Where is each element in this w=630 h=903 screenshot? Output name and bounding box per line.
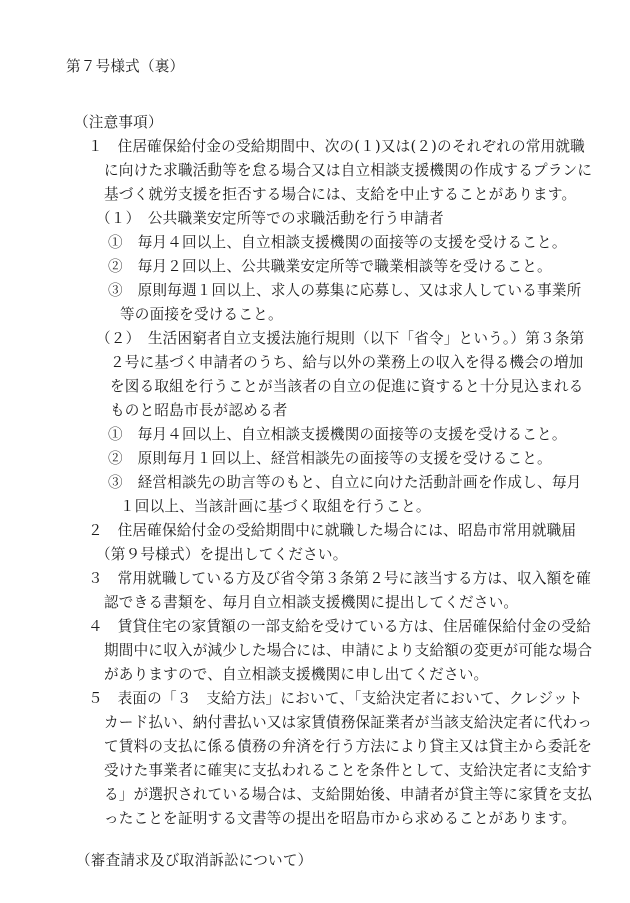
notes-line: （２） 生活困窮者自立支援法施行規則（以下「省令」という。）第３条第 [96, 330, 584, 348]
notes-line: ③ 原則毎週１回以上、求人の募集に応募し、又は求人している事業所 [108, 282, 581, 300]
notes-line: ② 原則毎月１回以上、経営相談先の面接等の支援を受けること。 [108, 450, 552, 468]
notes-line: を図る取組を行うことが当該者の自立の促進に資すると十分見込まれる [110, 378, 583, 396]
notes-line: （第９号様式）を提出してください。 [96, 546, 348, 564]
notes-line: がありますので、自立相談支援機関に申し出てください。 [104, 666, 488, 684]
notes-line: ① 毎月４回以上、自立相談支援機関の面接等の支援を受けること。 [108, 426, 567, 444]
notes-line: に向けた求職活動等を怠る場合又は自立相談支援機関の作成するプランに [104, 162, 592, 180]
notes-line: ものと昭島市長が認める者 [110, 402, 288, 420]
notes-line: ３ 常用就職している方及び省令第３条第２号に該当する方は、収入額を確 [88, 570, 591, 588]
notes-line: （１） 公共職業安定所等での求職活動を行う申請者 [96, 210, 444, 228]
notes-line: る」が選択されている場合は、支給開始後、申請者が貸主等に家賃を支払 [104, 786, 592, 804]
notes-line: 基づく就労支援を拒否する場合には、支給を中止することがあります。 [104, 186, 576, 204]
notes-line: ２ 住居確保給付金の受給期間中に就職した場合には、昭島市常用就職届 [88, 522, 576, 540]
notes-line: ２号に基づく申請者のうち、給与以外の業務上の収入を得る機会の増加 [110, 354, 583, 372]
notes-line: ② 毎月２回以上、公共職業安定所等で職業相談等を受けること。 [108, 258, 552, 276]
notes-heading: （注意事項） [74, 114, 163, 132]
notes-line: 等の面接を受けること。 [120, 306, 283, 324]
notes-line: ５ 表面の「３ 支給方法」において、「支給決定者において、クレジット [88, 690, 583, 708]
appeal-heading: （審査請求及び取消訴訟について） [76, 852, 312, 870]
notes-line: １回以上、当該計画に基づく取組を行うこと。 [120, 498, 431, 516]
notes-line: 期間中に収入が減少した場合には、申請により支給額の変更が可能な場合 [104, 642, 592, 660]
notes-line: 認できる書類を、毎月自立相談支援機関に提出してください。 [104, 594, 518, 612]
notes-line: て賃料の支払に係る債務の弁済を行う方法により貸主又は貸主から委託を [104, 738, 592, 756]
notes-line: ったことを証明する文書等の提出を昭島市から求めることがあります。 [104, 810, 576, 828]
notes-line: カード払い、納付書払い又は家賃債務保証業者が当該支給決定者に代わっ [104, 714, 592, 732]
notes-line: ① 毎月４回以上、自立相談支援機関の面接等の支援を受けること。 [108, 234, 567, 252]
document-page: 第７号様式（裏） （注意事項） １ 住居確保給付金の受給期間中、次の(１)又は(… [0, 0, 630, 903]
notes-line: ③ 経営相談先の助言等のもと、自立に向けた活動計画を作成し、毎月 [108, 474, 581, 492]
form-title: 第７号様式（裏） [66, 58, 184, 76]
notes-line: １ 住居確保給付金の受給期間中、次の(１)又は(２)のそれぞれの常用就職 [88, 138, 585, 156]
notes-line: 受けた事業者に確実に支払われることを条件として、支給決定者に支給す [104, 762, 592, 780]
notes-line: ４ 賃貸住宅の家賃額の一部支給を受けている方は、住居確保給付金の受給 [88, 618, 591, 636]
